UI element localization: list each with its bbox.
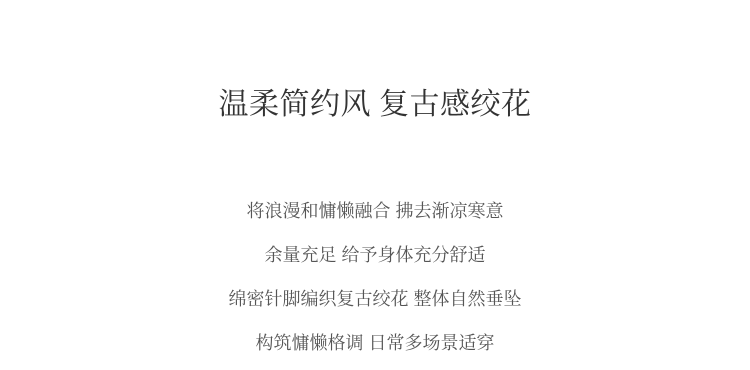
product-description-page: { "page": { "background_color": "#ffffff… — [0, 0, 750, 370]
description-line-1: 将浪漫和慵懒融合 拂去渐凉寒意 — [0, 189, 750, 233]
description-line-4: 构筑慵懒格调 日常多场景适穿 — [0, 321, 750, 365]
description-line-3: 绵密针脚编织复古绞花 整体自然垂坠 — [0, 277, 750, 321]
description-block: 将浪漫和慵懒融合 拂去渐凉寒意 余量充足 给予身体充分舒适 绵密针脚编织复古绞花… — [0, 189, 750, 365]
description-line-2: 余量充足 给予身体充分舒适 — [0, 233, 750, 277]
page-title: 温柔简约风 复古感绞花 — [0, 86, 750, 124]
